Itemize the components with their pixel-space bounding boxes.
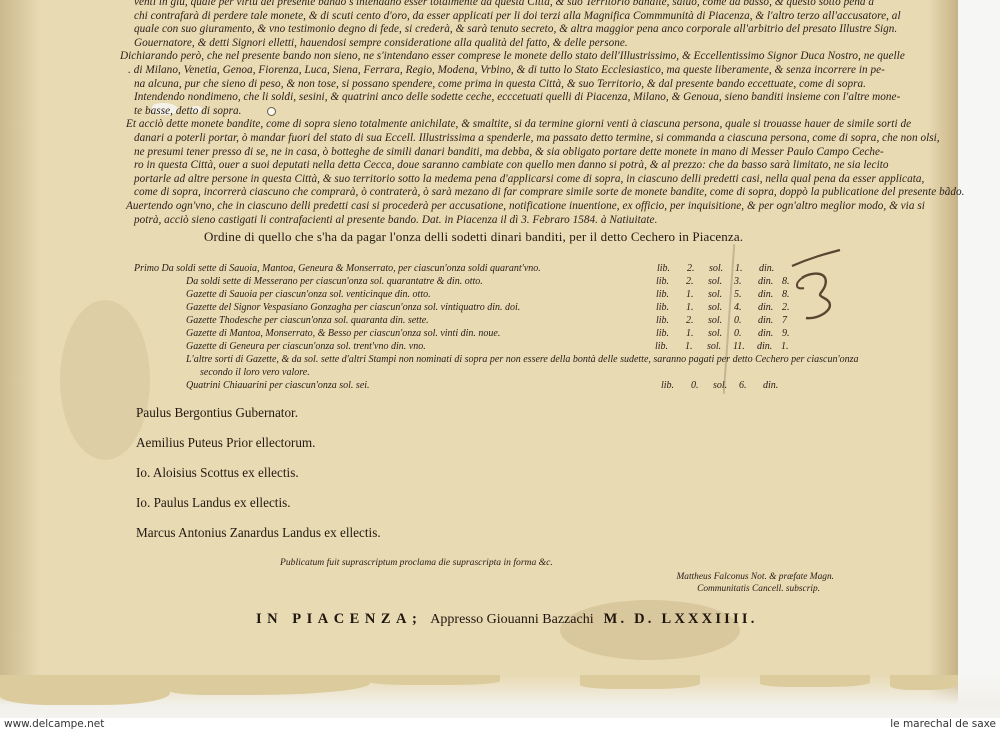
signatory-name: Io. Paulus Landus ex ellectis. xyxy=(136,495,291,511)
rate-description: Gazette di Geneura per ciascun'onza sol.… xyxy=(186,340,426,353)
din-label: din. xyxy=(758,314,782,327)
din-label: din. xyxy=(758,288,782,301)
document-scan: venti in giu, quale per virtu del presen… xyxy=(0,0,1000,718)
rate-description: Gazette di Sauoia per ciascun'onza sol. … xyxy=(186,288,431,301)
rate-value: lib.0.sol.6.din. xyxy=(661,379,805,392)
imprint: IN PIACENZA;Appresso Giouanni BazzachiM.… xyxy=(256,611,758,628)
rate-row: Quatrini Chiauarini per ciascun'onza sol… xyxy=(0,379,1000,392)
lib-label: lib. xyxy=(656,314,686,327)
rate-row: Gazette di Sauoia per ciascun'onza sol. … xyxy=(0,288,1000,301)
sol-label: sol. xyxy=(707,340,733,353)
rate-description: secondo il loro vero valore. xyxy=(200,366,310,379)
sol-value: 1. xyxy=(735,262,759,275)
rate-description: Gazette Thodesche per ciascun'onza sol. … xyxy=(186,314,429,327)
body-line: Dichiarando però, che nel presente bando… xyxy=(120,50,924,64)
sol-label: sol. xyxy=(713,379,739,392)
torn-edge xyxy=(370,675,500,685)
torn-edge xyxy=(760,675,870,687)
rate-description: L'altre sorti di Gazette, & da sol. sett… xyxy=(186,353,858,366)
sol-label: sol. xyxy=(708,327,734,340)
notary-line: Mattheus Falconus Not. & præfate Magn. xyxy=(652,571,834,583)
body-line: portarle ad altre persone in questa Citt… xyxy=(134,173,924,187)
body-line: chi contrafarà di perdere tale monete, &… xyxy=(134,10,924,24)
body-line: venti in giu, quale per virtu del presen… xyxy=(134,0,924,10)
lib-label: lib. xyxy=(656,327,686,340)
body-line: ro in questa Città, ouer a suoi deputati… xyxy=(134,159,924,173)
sol-value: 3. xyxy=(734,275,758,288)
imprint-year: M. D. LXXXIIII. xyxy=(604,611,758,627)
rate-row: Gazette di Geneura per ciascun'onza sol.… xyxy=(0,340,1000,353)
rate-description: Gazette del Signor Vespasiano Gonzagha p… xyxy=(186,301,520,314)
rate-value: lib.2.sol.3.din.8. xyxy=(656,275,800,288)
lib-value: 1. xyxy=(686,301,708,314)
lib-value: 1. xyxy=(685,340,707,353)
torn-edge xyxy=(890,675,958,690)
rate-row: L'altre sorti di Gazette, & da sol. sett… xyxy=(0,353,1000,366)
body-line: ne presumi tener presso di se, ne in cas… xyxy=(134,146,924,160)
body-line: danari a poterli portar, ò mandar fuori … xyxy=(134,132,924,146)
rate-description: Da soldi sette di Messerano per ciascun'… xyxy=(186,275,483,288)
rate-row: secondo il loro vero valore. xyxy=(0,366,1000,379)
rate-row: Gazette di Mantoa, Monserrato, & Besso p… xyxy=(0,327,1000,340)
imprint-city: IN PIACENZA; xyxy=(256,611,422,627)
imprint-printer: Appresso Giouanni Bazzachi xyxy=(430,612,593,627)
lib-label: lib. xyxy=(656,288,686,301)
site-watermark: www.delcampe.net xyxy=(4,718,104,730)
lib-value: 1. xyxy=(686,327,708,340)
rate-value: lib.1.sol.5.din.8. xyxy=(656,288,800,301)
lib-label: lib. xyxy=(657,262,687,275)
seller-watermark: le marechal de saxe xyxy=(890,718,996,730)
body-line: na alcuna, pur che sieno di peso, & non … xyxy=(134,78,924,92)
lib-value: 0. xyxy=(691,379,713,392)
torn-edge xyxy=(0,675,170,705)
body-line: Auertendo ogn'vno, che in ciascuno delli… xyxy=(126,200,924,214)
rate-row: Da soldi sette di Messerano per ciascun'… xyxy=(0,275,1000,288)
lib-value: 2. xyxy=(686,275,708,288)
body-line: . di Milano, Venetia, Genoa, Fiorenza, L… xyxy=(128,64,924,78)
lib-label: lib. xyxy=(656,301,686,314)
din-label: din. xyxy=(758,327,782,340)
lib-label: lib. xyxy=(661,379,691,392)
notary-signature: Mattheus Falconus Not. & præfate Magn. C… xyxy=(652,571,834,595)
rate-row: Gazette Thodesche per ciascun'onza sol. … xyxy=(0,314,1000,327)
din-value: 9. xyxy=(782,327,800,340)
signatory-name: Io. Aloisius Scottus ex ellectis. xyxy=(136,465,299,481)
lib-value: 2. xyxy=(687,262,709,275)
rate-row: Primo Da soldi sette di Sauoia, Mantoa, … xyxy=(0,262,1000,275)
din-label: din. xyxy=(763,379,787,392)
signatory-name: Aemilius Puteus Prior ellectorum. xyxy=(136,435,315,451)
lib-label: lib. xyxy=(656,275,686,288)
body-line: te basse, detto di sopra. xyxy=(134,105,924,119)
sol-value: 5. xyxy=(734,288,758,301)
sol-value: 6. xyxy=(739,379,763,392)
din-label: din. xyxy=(757,340,781,353)
signatory-name: Paulus Bergontius Gubernator. xyxy=(136,405,298,421)
sol-value: 0. xyxy=(734,314,758,327)
body-line: quale con suo giuramento, & vno testimon… xyxy=(134,23,924,37)
body-line: Gouernatore, & detti Signori elletti, ha… xyxy=(134,37,924,51)
handwritten-annotation-icon xyxy=(780,248,850,328)
notary-line: Communitatis Cancell. subscrip. xyxy=(652,583,834,595)
rate-description: Primo Da soldi sette di Sauoia, Mantoa, … xyxy=(134,262,541,275)
torn-edge xyxy=(580,675,700,689)
body-line: come di sopra, incorrerà ciascuno che co… xyxy=(134,186,924,200)
body-line: Intendendo nondimeno, che li soldi, sesi… xyxy=(134,91,924,105)
sol-value: 11. xyxy=(733,340,757,353)
lib-value: 1. xyxy=(686,288,708,301)
proclamation-body: venti in giu, quale per virtu del presen… xyxy=(134,0,924,227)
signatory-name: Marcus Antonius Zanardus Landus ex ellec… xyxy=(136,525,381,541)
watermark-footer: www.delcampe.net le marechal de saxe xyxy=(0,718,1000,733)
publication-note: Publicatum fuit suprascriptum proclama d… xyxy=(280,557,553,568)
rate-table-title: Ordine di quello che s'ha da pagar l'onz… xyxy=(204,229,824,245)
sol-value: 4. xyxy=(734,301,758,314)
din-label: din. xyxy=(758,301,782,314)
din-value: 1. xyxy=(781,340,799,353)
lib-label: lib. xyxy=(655,340,685,353)
sol-value: 0. xyxy=(734,327,758,340)
lib-value: 2. xyxy=(686,314,708,327)
rate-description: Quatrini Chiauarini per ciascun'onza sol… xyxy=(186,379,370,392)
paper-stain xyxy=(560,600,740,660)
rate-row: Gazette del Signor Vespasiano Gonzagha p… xyxy=(0,301,1000,314)
rate-description: Gazette di Mantoa, Monserrato, & Besso p… xyxy=(186,327,500,340)
body-line: potrà, acciò sieno castigati li contrafa… xyxy=(134,214,924,228)
din-label: din. xyxy=(758,275,782,288)
body-line: Et acciò dette monete bandite, come di s… xyxy=(126,118,924,132)
